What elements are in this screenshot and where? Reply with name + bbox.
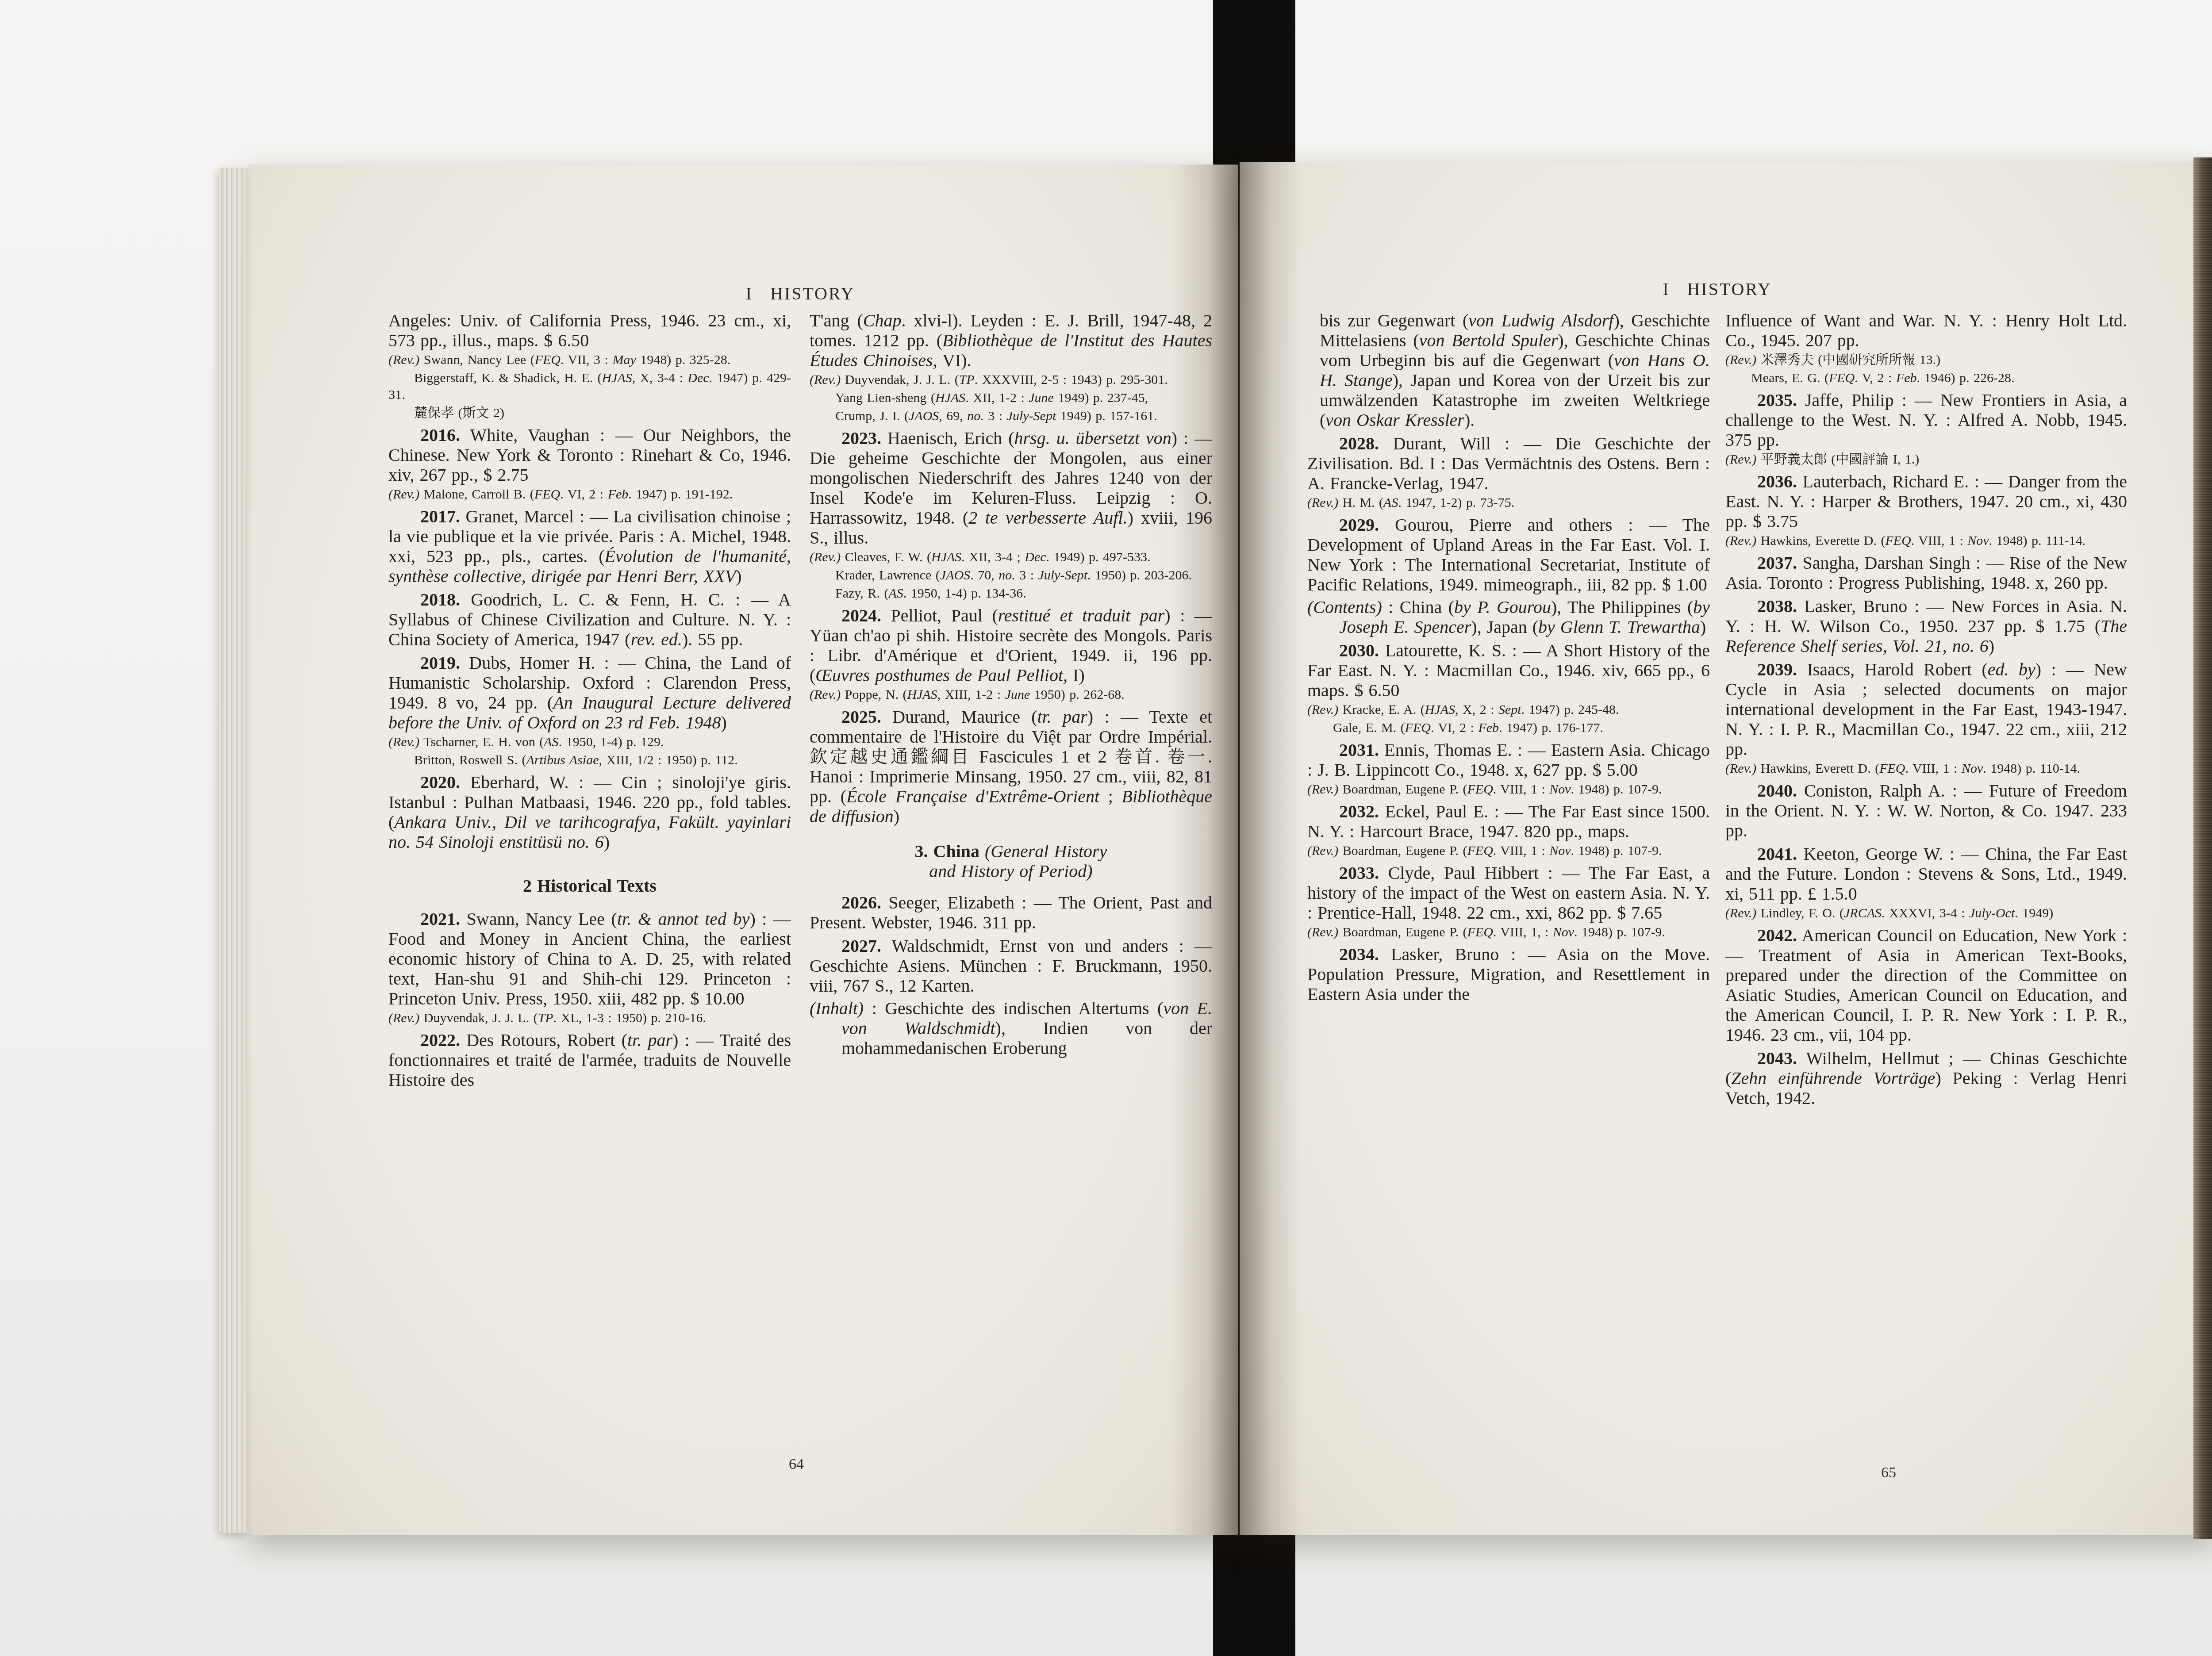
review-citation-secondary: Krader, Lawrence (JAOS. 70, no. 3 : July… [810, 567, 1212, 584]
text-run: Yang Lien-sheng ( [835, 391, 935, 405]
text-run: . 1948) p. 107-9. [1571, 843, 1662, 858]
page64-column-1: Angeles: Univ. of California Press, 1946… [388, 310, 791, 1478]
text-run: , X, 3-4 : [632, 371, 688, 385]
text-run: May [612, 353, 636, 367]
entry-number: 2034. [1339, 944, 1379, 964]
entry-number: 2023. [841, 428, 881, 448]
text-run: . 1948) p. 107-9. [1574, 925, 1665, 939]
text-run: ) [894, 806, 899, 826]
text-run: FEQ [1885, 533, 1911, 548]
review-citation: (Rev.) Hawkins, Everett D. (FEQ. VIII, 1… [1725, 760, 2127, 777]
text-run: École Française d'Extrême-Orient [846, 786, 1099, 806]
text-run: FEQ [1879, 761, 1905, 776]
text-run: FEQ [1467, 925, 1493, 939]
text-run: ) [721, 713, 727, 732]
text-run: . 1947) p. 176-177. [1499, 721, 1603, 735]
page64-column-2: T'ang (Chap. xlvi-l). Leyden : E. J. Bri… [810, 310, 1212, 1478]
text-run: Feb [1478, 721, 1499, 735]
bib-entry: 2038. Lasker, Bruno : — New Forces in As… [1725, 596, 2127, 656]
text-run: ) [1700, 617, 1706, 637]
text-run: . VIII, 1 : [1905, 761, 1961, 776]
review-citation: (Rev.) Hawkins, Everette D. (FEQ. VIII, … [1725, 533, 2127, 549]
bib-entry: 2035. Jaffe, Philip : — New Frontiers in… [1725, 390, 2127, 450]
section-heading: 3. China (General History [810, 841, 1212, 861]
text-run: (Rev.) [810, 550, 841, 564]
bib-entry: 2030. Latourette, K. S. : — A Short Hist… [1307, 640, 1710, 700]
text-run: . 1947) p. 245-48. [1521, 702, 1619, 717]
entry-number: 2017. [420, 506, 460, 526]
text-run: Ankara Univ., Dil ve tarihcografya, Fakü… [388, 812, 791, 852]
page-number: 64 [769, 1456, 824, 1473]
text-run: restitué et traduit par [998, 606, 1165, 625]
page65-column-2: Influence of Want and War. N. Y. : Henry… [1725, 310, 2127, 1487]
text-run: ) [1989, 636, 1994, 656]
entry-number: 2020. [420, 772, 460, 792]
bib-entry: 2026. Seeger, Elizabeth : — The Orient, … [810, 893, 1212, 932]
text-run: (Rev.) [810, 372, 841, 387]
text-run: Influence of Want and War. N. Y. : Henry… [1725, 310, 2127, 350]
text-run: Haenisch, Erich ( [881, 428, 1014, 448]
text-run: Biggerstaff, K. & Shadick, H. E. ( [414, 371, 602, 385]
review-citation-secondary: Gale, E. M. (FEQ. VI, 2 : Feb. 1947) p. … [1307, 720, 1710, 736]
text-run: Artibus Asiae [526, 753, 599, 767]
page-number: 65 [1861, 1464, 1916, 1481]
text-run: . 1950) p. 203-206. [1087, 568, 1192, 583]
text-run: Fazy, R. ( [835, 586, 888, 601]
text-run: (Rev.) [388, 1011, 419, 1025]
text-run: (Rev.) [1307, 702, 1338, 717]
text-run: . 1947, 1-2) p. 73-75. [1398, 495, 1514, 510]
text-run: Mears, E. G. ( [1751, 371, 1829, 385]
entry-number: 2036. [1757, 471, 1797, 491]
text-run: Gale, E. M. ( [1333, 721, 1405, 735]
text-run: tr. par [627, 1030, 672, 1050]
entry-number: 2030. [1339, 640, 1379, 660]
text-run: (Rev.) [1307, 782, 1338, 797]
entry-number: 2016. [420, 425, 460, 445]
review-citation: (Rev.) Poppe, N. (HJAS, XIII, 1-2 : June… [810, 686, 1212, 703]
entry-number: 2024. [841, 606, 881, 625]
scanned-book-spread: I HISTORY Angeles: Univ. of California P… [0, 0, 2212, 1656]
bib-entry: 2027. Waldschmidt, Ernst von und anders … [810, 936, 1212, 996]
text-run: Duyvendak, J. J. L. ( [841, 372, 959, 387]
text-run: Boardman, Eugene P. ( [1338, 782, 1467, 797]
review-citation: (Rev.) Duyvendak, J. J. L. (TP. XXXVIII,… [810, 372, 1212, 388]
text-run: HJAS [935, 391, 965, 405]
text-run: ) [736, 566, 741, 586]
text-run: (Contents) [1307, 597, 1382, 617]
text-run: July-Sept [1038, 568, 1087, 583]
bib-entry: 2037. Sangha, Darshan Singh : — Rise of … [1725, 553, 2127, 593]
text-run: H. M. ( [1338, 495, 1383, 510]
contents-note-continuation: bis zur Gegenwart (von Ludwig Alsdorf), … [1307, 310, 1710, 430]
text-run: JAOS [940, 568, 970, 583]
text-run: Dec [687, 371, 709, 385]
text-run: Feb [608, 487, 629, 502]
entry-number: 2037. [1757, 553, 1797, 573]
text-run: Sept [1498, 702, 1521, 717]
text-run: JRCAS [1844, 906, 1882, 920]
entry-number: 3. China [915, 841, 985, 861]
text-run: (Rev.) [1307, 495, 1338, 510]
text-run: (Rev.) [1725, 906, 1756, 920]
text-run: 3 : [984, 409, 1007, 423]
text-run: 1950) p. 262-68. [1030, 687, 1124, 702]
text-run: HJAS [931, 550, 961, 564]
text-run: FEQ [1405, 721, 1431, 735]
text-run: FEQ [535, 353, 561, 367]
entry-number: 2033. [1339, 863, 1379, 883]
text-run: Pelliot, Paul ( [881, 606, 998, 625]
entry-number: 2041. [1757, 844, 1797, 864]
text-run: July-Oct [1969, 906, 2015, 920]
review-citation: (Rev.) Cleaves, F. W. (HJAS. XII, 3-4 ; … [810, 549, 1212, 566]
bib-entry: 2020. Eberhard, W. : — Cin ; sinoloji'ye… [388, 772, 791, 852]
text-run: 1949) p. 237-45, [1054, 391, 1148, 405]
bib-entry: 2031. Ennis, Thomas E. : — Eastern Asia.… [1307, 740, 1710, 780]
text-run: . 1949) p. 497-533. [1046, 550, 1151, 564]
text-run: FEQ [1467, 843, 1493, 858]
text-run: Boardman, Eugene P. ( [1338, 843, 1467, 858]
text-run: Œuvres posthumes de Paul Pelliot, [815, 665, 1068, 685]
review-citation: (Rev.) Duyvendak, J. J. L. (TP. XL, 1-3 … [388, 1010, 791, 1027]
entry-number: 2022. [420, 1030, 460, 1050]
bib-entry-continuation: Influence of Want and War. N. Y. : Henry… [1725, 310, 2127, 350]
text-run: . 1948) p. 110-14. [1983, 761, 2080, 776]
bib-entry: 2028. Durant, Will : — Die Geschichte de… [1307, 433, 1710, 493]
text-run: von Bertold Spuler [1419, 330, 1558, 350]
text-run: ). [1464, 410, 1475, 430]
text-run: Durand, Maurice ( [881, 707, 1037, 727]
text-run: no. [998, 568, 1015, 583]
review-citation-secondary: Britton, Roswell S. (Artibus Asiae, XIII… [388, 752, 791, 769]
text-run: . 1949) [2015, 906, 2053, 920]
text-run: TP [959, 372, 975, 387]
text-run: July-Sept [1007, 409, 1056, 423]
text-run: , XIII, 1-2 : [937, 687, 1005, 702]
text-run: 3 : [1015, 568, 1038, 583]
text-run: Angeles: Univ. of California Press, 1946… [388, 310, 791, 350]
entry-number: 2021. [420, 909, 460, 929]
text-run: tr. & annot ted by [617, 909, 749, 929]
text-run: (Rev.) [388, 487, 419, 502]
review-citation-secondary: Biggerstaff, K. & Shadick, H. E. (HJAS, … [388, 370, 791, 403]
text-run: FEQ [1467, 782, 1493, 797]
text-run: Lindley, F. O. ( [1756, 906, 1844, 920]
text-run: and History of Period) [929, 861, 1092, 881]
text-run: FEQ [534, 487, 560, 502]
text-run: (Rev.) [810, 687, 841, 702]
text-run: Nov [1553, 925, 1574, 939]
section-heading: and History of Period) [810, 861, 1212, 881]
text-run: Cleaves, F. W. ( [841, 550, 931, 564]
review-citation: (Rev.) Kracke, E. A. (HJAS, X, 2 : Sept.… [1307, 701, 1710, 718]
text-run: rev. ed. [631, 629, 682, 649]
text-run: 麓保孝 (斯文 2) [414, 406, 504, 420]
right-page-edges [2193, 157, 2212, 1539]
text-run: Malone, Carroll B. ( [419, 487, 534, 502]
bib-entry-continuation: Angeles: Univ. of California Press, 1946… [388, 310, 791, 350]
text-run: AS [1383, 495, 1398, 510]
text-run: T'ang ( [810, 310, 863, 330]
review-citation-secondary: Fazy, R. (AS. 1950, 1-4) p. 134-36. [810, 585, 1212, 602]
text-run: Britton, Roswell S. ( [414, 753, 526, 767]
text-run: (Inhalt) [810, 998, 864, 1018]
text-run: . 1946) p. 226-28. [1917, 371, 2015, 385]
bib-entry: 2018. Goodrich, L. C. & Fenn, H. C. : — … [388, 590, 791, 649]
text-run: (Rev.) [1725, 452, 1756, 467]
text-run: no. [967, 409, 984, 423]
text-run: Isaacs, Harold Robert ( [1797, 659, 1988, 679]
text-run: 米澤秀夫 (中國研究所所報 13.) [1756, 353, 1940, 367]
text-run: . 1950, 1-4) p. 134-36. [903, 586, 1026, 601]
text-run: 1948) p. 325-28. [636, 353, 730, 367]
text-run: . 1950, 1-4) p. 129. [559, 735, 664, 749]
page-65: I HISTORY bis zur Gegenwart (von Ludwig … [1240, 162, 2212, 1535]
text-run: Crump, J. I. ( [835, 409, 909, 423]
text-run: . XXXVI, 3-4 : [1882, 906, 1969, 920]
text-run: . VIII, 1 : [1493, 782, 1549, 797]
bib-entry: 2039. Isaacs, Harold Robert (ed. by) : —… [1725, 659, 2127, 759]
bib-entry: 2043. Wilhelm, Hellmut ; — Chinas Geschi… [1725, 1048, 2127, 1108]
review-citation: (Rev.) Swann, Nancy Lee (FEQ. VII, 3 : M… [388, 352, 791, 368]
text-run: . VIII, 1, : [1493, 925, 1553, 939]
text-run: June [1005, 687, 1030, 702]
text-run: von Ludwig Alsdorf [1468, 310, 1613, 330]
review-citation: (Rev.) Tscharner, E. H. von (AS. 1950, 1… [388, 734, 791, 751]
review-citation-secondary: Yang Lien-sheng (HJAS. XII, 1-2 : June 1… [810, 390, 1212, 406]
text-run: HJAS [602, 371, 632, 385]
text-run: Nov [1962, 761, 1983, 776]
text-run: Zehn einführende Vorträge [1731, 1068, 1935, 1088]
review-citation-secondary: 麓保孝 (斯文 2) [388, 405, 791, 422]
text-run: (Rev.) [1307, 925, 1338, 939]
text-run: . 70, [970, 568, 998, 583]
entry-number: 2039. [1757, 659, 1797, 679]
text-run: . 1947) p. 191-192. [628, 487, 733, 502]
text-run: ), The Philippines ( [1551, 597, 1693, 617]
bib-entry: 2034. Lasker, Bruno : — Asia on the Move… [1307, 944, 1710, 1004]
review-citation-secondary: Crump, J. I. (JAOS, 69, no. 3 : July-Sep… [810, 408, 1212, 425]
review-citation: (Rev.) Boardman, Eugene P. (FEQ. VIII, 1… [1307, 924, 1710, 941]
text-run: . VII, 3 : [561, 353, 612, 367]
text-run: FEQ [1829, 371, 1855, 385]
text-run: ). 55 pp. [682, 629, 743, 649]
text-run: von Oskar Kressler [1325, 410, 1464, 430]
text-run: ) [604, 832, 610, 852]
text-run: by Glenn T. Trewartha [1538, 617, 1700, 637]
entry-number: 2031. [1339, 740, 1379, 760]
bib-entry: 2040. Coniston, Ralph A. : — Future of F… [1725, 781, 2127, 840]
text-run: 平野義太郎 (中國評論 I, 1.) [1756, 452, 1919, 467]
entry-number: 2043. [1757, 1048, 1797, 1068]
bib-entry: 2041. Keeton, George W. : — China, the F… [1725, 844, 2127, 904]
bib-entry: 2025. Durand, Maurice (tr. par) : — Text… [810, 707, 1212, 826]
text-run: hrsg. u. übersetzt von [1014, 428, 1171, 448]
review-citation-secondary: Mears, E. G. (FEQ. V, 2 : Feb. 1946) p. … [1725, 370, 2127, 387]
running-header: I HISTORY [1307, 279, 2127, 302]
text-run: . XXXVIII, 2-5 : 1943) p. 295-301. [975, 372, 1168, 387]
text-run: Swann, Nancy Lee ( [460, 909, 617, 929]
review-citation: (Rev.) Boardman, Eugene P. (FEQ. VIII, 1… [1307, 781, 1710, 798]
entry-number: 2 Historical Texts [523, 876, 657, 896]
text-run: Swann, Nancy Lee ( [419, 353, 534, 367]
review-citation: (Rev.) 平野義太郎 (中國評論 I, 1.) [1725, 451, 2127, 468]
text-run: ), Japan ( [1471, 617, 1538, 637]
text-run: (General History [985, 841, 1107, 861]
text-run: Nov [1549, 843, 1571, 858]
text-run: 1949) p. 157-161. [1056, 409, 1157, 423]
entry-number: 2018. [420, 590, 460, 609]
page-64: I HISTORY Angeles: Univ. of California P… [247, 165, 1238, 1535]
text-run: (Rev.) [388, 735, 419, 749]
bib-entry: 2021. Swann, Nancy Lee (tr. & annot ted … [388, 909, 791, 1008]
entry-number: 2025. [841, 707, 881, 727]
text-run: Nov [1967, 533, 1989, 548]
text-run: . 1948) p. 107-9. [1571, 782, 1662, 797]
text-run: (Rev.) [1725, 761, 1756, 776]
bib-entry: 2023. Haenisch, Erich (hrsg. u. übersetz… [810, 428, 1212, 548]
text-run: (Rev.) [1725, 353, 1756, 367]
text-run: Kracke, E. A. ( [1338, 702, 1425, 717]
bib-entry: 2033. Clyde, Paul Hibbert : — The Far Ea… [1307, 863, 1710, 923]
text-run: . VI, 2 : [1431, 721, 1478, 735]
bib-entry: 2036. Lauterbach, Richard E. : — Danger … [1725, 471, 2127, 531]
entry-number: 2027. [841, 936, 881, 956]
entry-number: 2035. [1757, 390, 1797, 410]
entry-number: 2038. [1757, 596, 1797, 616]
bib-entry: 2042. American Council on Education, New… [1725, 925, 2127, 1045]
text-run: . XII, 3-4 ; [961, 550, 1025, 564]
text-run: JAOS [909, 409, 939, 423]
bib-entry: 2022. Des Rotours, Robert (tr. par) : — … [388, 1030, 791, 1090]
text-run: : China ( [1382, 597, 1454, 617]
text-run: AS [888, 586, 903, 601]
text-run: Des Rotours, Robert ( [460, 1030, 627, 1050]
review-citation: (Rev.) Lindley, F. O. (JRCAS. XXXVI, 3-4… [1725, 905, 2127, 922]
text-run: : Geschichte des indischen Altertums ( [864, 998, 1163, 1018]
text-run: , XIII, 1/2 : 1950) p. 112. [599, 753, 737, 767]
text-run: by P. Gourou [1454, 597, 1551, 617]
text-run: HJAS [907, 687, 937, 702]
left-page-edges [219, 168, 247, 1533]
review-citation: (Rev.) Boardman, Eugene P. (FEQ. VIII, 1… [1307, 843, 1710, 859]
text-run: Poppe, N. ( [841, 687, 907, 702]
text-run: Dec [1025, 550, 1046, 564]
text-run: TP [538, 1011, 553, 1025]
entry-number: 2026. [841, 893, 881, 912]
entry-number: 2032. [1339, 801, 1379, 821]
text-run: Hawkins, Everett D. ( [1756, 761, 1879, 776]
bib-entry: 2017. Granet, Marcel : — La civilisation… [388, 506, 791, 586]
bib-entry-continuation: T'ang (Chap. xlvi-l). Leyden : E. J. Bri… [810, 310, 1212, 370]
entry-number: 2028. [1339, 433, 1379, 453]
entry-number: 2042. [1757, 925, 1797, 945]
bib-entry: 2029. Gourou, Pierre and others : — The … [1307, 515, 1710, 594]
text-run: (Rev.) [388, 353, 419, 367]
text-run: . XL, 1-3 : 1950) p. 210-16. [553, 1011, 706, 1025]
contents-note: (Contents) : China (by P. Gourou), The P… [1307, 597, 1710, 637]
text-run: (Rev.) [1307, 843, 1338, 858]
running-header: I HISTORY [388, 283, 1212, 306]
text-run: bis zur Gegenwart ( [1320, 310, 1468, 330]
text-run: . VI, 2 : [560, 487, 607, 502]
section-heading: 2 Historical Texts [388, 876, 791, 896]
review-citation: (Rev.) 米澤秀夫 (中國研究所所報 13.) [1725, 352, 2127, 368]
text-run: . XII, 1-2 : [965, 391, 1029, 405]
entry-number: 2019. [420, 653, 460, 673]
contents-note: (Inhalt) : Geschichte des indischen Alte… [810, 998, 1212, 1058]
text-run: VI). [937, 350, 972, 370]
text-run: Duyvendak, J. J. L. ( [419, 1011, 538, 1025]
text-run: , 69, [939, 409, 967, 423]
entry-number: 2029. [1339, 515, 1379, 535]
text-run: AS [544, 735, 558, 749]
text-run: ; [1099, 786, 1121, 806]
text-run: , X, 2 : [1455, 702, 1498, 717]
text-run: . V, 2 : [1855, 371, 1896, 385]
text-run: 2 te verbesserte Aufl. [968, 508, 1127, 528]
text-run: June [1029, 391, 1054, 405]
entry-number: 2040. [1757, 781, 1797, 801]
text-run: Boardman, Eugene P. ( [1338, 925, 1467, 939]
bib-entry: 2032. Eckel, Paul E. : — The Far East si… [1307, 801, 1710, 841]
review-citation: (Rev.) Malone, Carroll B. (FEQ. VI, 2 : … [388, 486, 791, 503]
text-run: . VIII, 1 : [1493, 843, 1549, 858]
text-run: Tscharner, E. H. von ( [419, 735, 544, 749]
text-run: Chap [863, 310, 902, 330]
text-run: Nov [1549, 782, 1571, 797]
text-run: tr. par [1037, 707, 1087, 727]
text-run: Feb [1896, 371, 1917, 385]
text-run: . VIII, 1 : [1911, 533, 1967, 548]
review-citation: (Rev.) H. M. (AS. 1947, 1-2) p. 73-75. [1307, 494, 1710, 511]
text-run: (Rev.) [1725, 533, 1756, 548]
bib-entry: 2024. Pelliot, Paul (restitué et traduit… [810, 606, 1212, 685]
text-run: Hawkins, Everette D. ( [1756, 533, 1885, 548]
bib-entry: 2019. Dubs, Homer H. : — China, the Land… [388, 653, 791, 732]
text-run: Krader, Lawrence ( [835, 568, 940, 583]
text-run: . 1948) p. 111-14. [1989, 533, 2086, 548]
bib-entry: 2016. White, Vaughan : — Our Neighbors, … [388, 425, 791, 485]
text-run: I) [1068, 665, 1085, 685]
page65-column-1: bis zur Gegenwart (von Ludwig Alsdorf), … [1307, 310, 1710, 1487]
text-run: ed. by [1988, 659, 2035, 679]
text-run: HJAS [1425, 702, 1455, 717]
